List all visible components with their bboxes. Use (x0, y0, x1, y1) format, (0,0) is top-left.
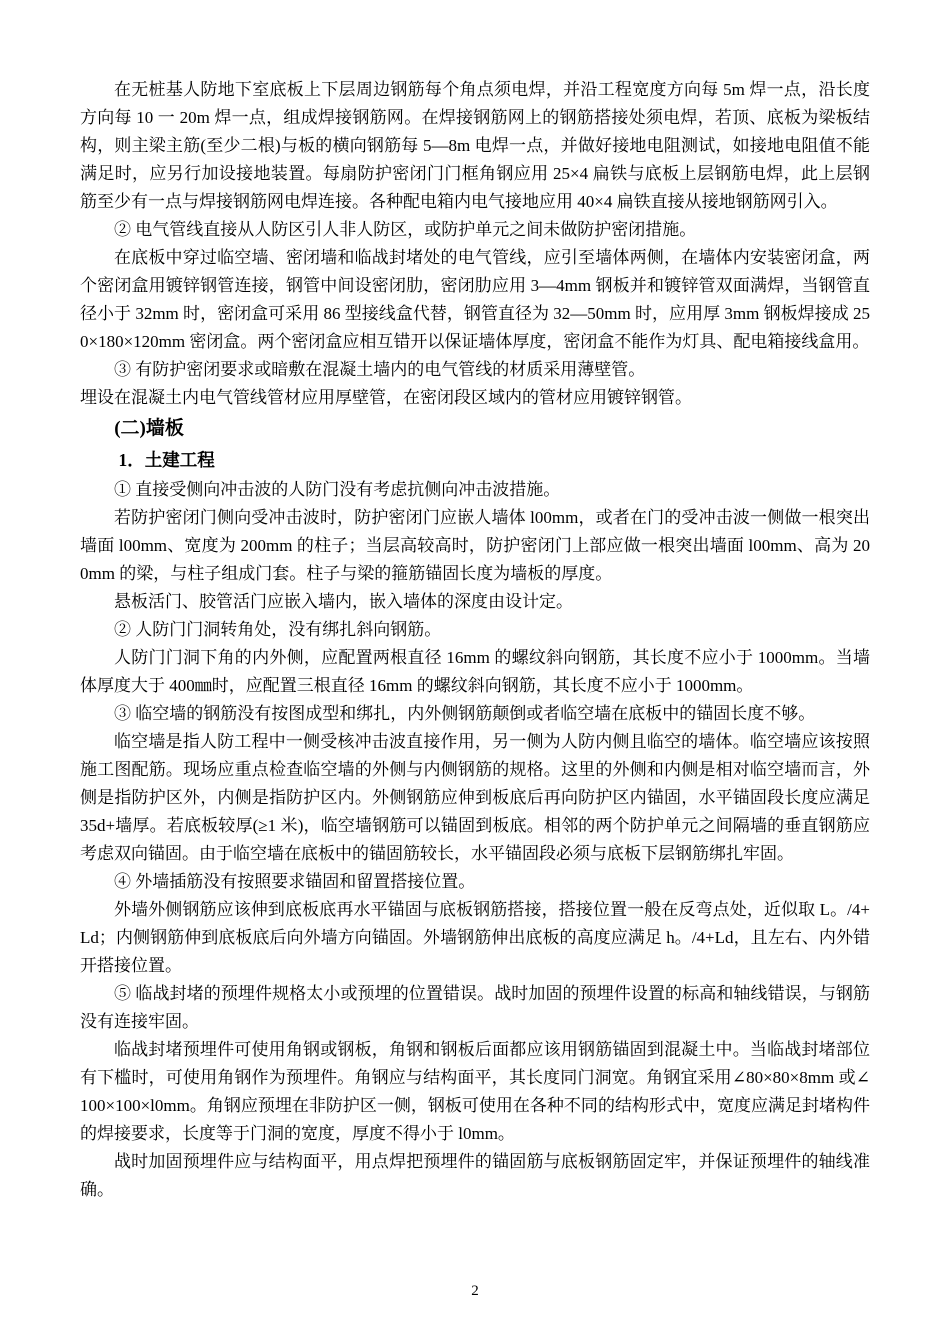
subheading-civil-works: 1．土建工程 (80, 446, 870, 475)
item-4-exterior-wall-dowels: ④ 外墙插筋没有按照要求锚固和留置搭接位置。 (80, 868, 870, 896)
paragraph-embedded-parts-angle-steel: 临战封堵预埋件可使用角钢或钢板，角钢和钢板后面都应该用钢筋锚固到混凝土中。当临战… (80, 1036, 870, 1148)
paragraph-exterior-wall-anchoring: 外墙外侧钢筋应该伸到底板底再水平锚固与底板钢筋搭接，搭接位置一般在反弯点处，近似… (80, 896, 870, 980)
paragraph-protective-sealed-door: 若防护密闭门侧向受冲击波时，防护密闭门应嵌人墙体 l00mm，或者在门的受冲击波… (80, 504, 870, 588)
item-5-embedded-parts-errors: ⑤ 临战封堵的预埋件规格太小或预埋的位置错误。战时加固的预埋件设置的标高和轴线错… (80, 980, 870, 1036)
item-1-side-shockwave-door: ① 直接受侧向冲击波的人防门没有考虑抗侧向冲击波措施。 (80, 476, 870, 504)
paragraph-blast-wall-definition: 临空墙是指人防工程中一侧受核冲击波直接作用，另一侧为人防内侧且临空的墙体。临空墙… (80, 728, 870, 868)
item-3-blast-wall-rebar: ③ 临空墙的钢筋没有按图成型和绑扎，内外侧钢筋颠倒或者临空墙在底板中的锚固长度不… (80, 700, 870, 728)
paragraph-wartime-reinforcement: 战时加固预埋件应与结构面平，用点焊把预埋件的锚固筋与底板钢筋固定牢，并保证预埋件… (80, 1148, 870, 1204)
item-2-electrical-conduit: ② 电气管线直接从人防区引人非人防区，或防护单元之间未做防护密闭措施。 (80, 216, 870, 244)
item-3-thin-wall-pipe: ③ 有防护密闭要求或暗敷在混凝土墙内的电气管线的材质采用薄壁管。 (80, 356, 870, 384)
item-2-door-corner-rebar: ② 人防门门洞转角处，没有绑扎斜向钢筋。 (80, 616, 870, 644)
paragraph-valve-embedding: 悬板活门、胶管活门应嵌入墙内，嵌入墙体的深度由设计定。 (80, 588, 870, 616)
document-page: 在无桩基人防地下室底板上下层周边钢筋每个角点须电焊，并沿工程宽度方向每 5m 焊… (0, 0, 950, 1344)
page-number: 2 (0, 1283, 950, 1300)
document-body: 在无桩基人防地下室底板上下层周边钢筋每个角点须电焊，并沿工程宽度方向每 5m 焊… (80, 76, 870, 1204)
paragraph-slab-rebar-welding: 在无桩基人防地下室底板上下层周边钢筋每个角点须电焊，并沿工程宽度方向每 5m 焊… (80, 76, 870, 216)
section-heading-wallboard: (二)墙板 (80, 414, 870, 444)
paragraph-sealed-box: 在底板中穿过临空墙、密闭墙和临战封堵处的电气管线，应引至墙体两侧，在墙体内安装密… (80, 244, 870, 356)
paragraph-diagonal-rebar: 人防门门洞下角的内外侧，应配置两根直径 16mm 的螺纹斜向钢筋，其长度不应小于… (80, 644, 870, 700)
paragraph-embedded-pipe: 埋设在混凝土内电气管线管材应用厚壁管，在密闭段区域内的管材应用镀锌钢管。 (80, 384, 870, 412)
